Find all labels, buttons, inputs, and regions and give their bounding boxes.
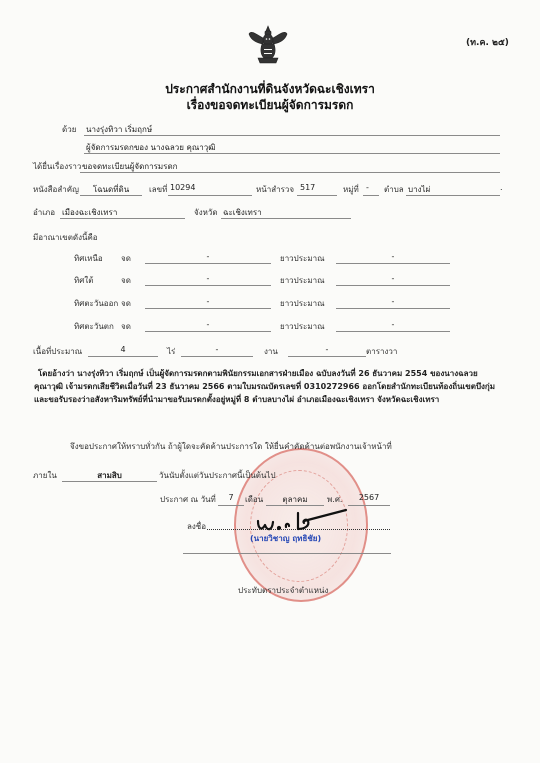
applicant-name-line [84, 135, 500, 136]
request-label: ได้ยื่นเรื่องราว [33, 160, 81, 173]
statement-line-2: คุณาวุฒิ เจ้ามรดกเสียชีวิตเมื่อวันที่ 23… [34, 380, 504, 393]
deed-province-line [221, 218, 351, 219]
applicant-role-line [84, 153, 500, 154]
statement-paragraph: โดยอ้างว่า นางรุ่งทิวา เริ่มฤกษ์ เป็นผู้… [34, 367, 504, 406]
area-ngan-line [181, 356, 253, 357]
boundary-adjacent-value: - [145, 297, 271, 306]
statement-line-3: และขอรับรองว่าอสังหาริมทรัพย์ที่นำมาขอรั… [34, 393, 504, 406]
boundary-direction: ทิศตะวันตก [74, 320, 114, 333]
deed-page-label: หน้าสำรวจ [256, 183, 294, 196]
announce-day: 7 [218, 493, 244, 502]
boundary-direction: ทิศเหนือ [74, 252, 103, 265]
applicant-label: ด้วย [62, 123, 76, 136]
notice-days-line [62, 481, 157, 482]
deed-subdistrict-label: ตำบล [384, 183, 404, 196]
announce-year-label: พ.ศ. [327, 493, 342, 506]
notice-text: จึงขอประกาศให้ทราบทั่วกัน ถ้าผู้ใดจะคัดค… [70, 440, 392, 453]
deed-number-label: เลขที่ [149, 183, 167, 196]
boundary-length-value: - [336, 274, 450, 283]
page-subtitle: เรื่องขอจดทะเบียนผู้จัดการมรดก [0, 96, 540, 115]
boundary-direction: ทิศใต้ [74, 274, 93, 287]
boundary-length-label: ยาวประมาณ [280, 297, 325, 310]
boundary-length-value: - [336, 297, 450, 306]
deed-district-line [60, 218, 185, 219]
announce-year: 2567 [348, 493, 390, 502]
area-rai-line [88, 356, 158, 357]
boundary-direction: ทิศตะวันออก [74, 297, 118, 310]
garuda-emblem-icon [246, 22, 290, 66]
signer-name: (นายวิชาญ ฤทธิชัย) [250, 532, 321, 545]
boundary-length-line [336, 285, 450, 286]
notice-days-suffix: วันนับตั้งแต่วันประกาศนี้เป็นต้นไป [159, 469, 276, 482]
deed-district-label: อำเภอ [33, 206, 55, 219]
area-wa-label: ตารางวา [366, 345, 397, 358]
deed-number-line [168, 195, 252, 196]
boundary-length-label: ยาวประมาณ [280, 274, 325, 287]
deed-village-line [363, 195, 379, 196]
deed-village-value: - [366, 183, 369, 192]
announce-day-line [218, 505, 244, 506]
deed-page-line [297, 195, 337, 196]
boundary-adjacent-line [145, 263, 271, 264]
boundary-adjacent-value: - [145, 252, 271, 261]
area-wa-line [288, 356, 366, 357]
deed-subdistrict-line [406, 195, 500, 196]
area-ngan-value: - [181, 345, 253, 354]
area-rai-label: ไร่ [167, 345, 175, 358]
boundary-length-line [336, 308, 450, 309]
seal-caption: ประทับตราประจำตำแหน่ง [238, 584, 328, 597]
period-mark: . [500, 183, 503, 192]
area-label: เนื้อที่ประมาณ [33, 345, 82, 358]
boundary-adjacent-label: จด [121, 274, 131, 287]
form-code: (ท.ค. ๒๕) [466, 35, 509, 49]
boundary-adjacent-label: จด [121, 320, 131, 333]
boundary-adjacent-value: - [145, 320, 271, 329]
notice-within-label: ภายใน [33, 469, 57, 482]
boundary-length-label: ยาวประมาณ [280, 320, 325, 333]
statement-line-1: โดยอ้างว่า นางรุ่งทิวา เริ่มฤกษ์ เป็นผู้… [34, 367, 504, 380]
deed-doc-label: หนังสือสำคัญ [33, 183, 79, 196]
boundary-length-value: - [336, 252, 450, 261]
boundary-length-line [336, 263, 450, 264]
boundary-adjacent-line [145, 331, 271, 332]
deed-number-value: 10294 [170, 183, 195, 192]
announce-year-line [348, 505, 390, 506]
deed-province-label: จังหวัด [194, 206, 218, 219]
boundary-adjacent-line [145, 285, 271, 286]
boundary-adjacent-label: จด [121, 252, 131, 265]
boundary-adjacent-label: จด [121, 297, 131, 310]
signer-title-line [183, 553, 391, 554]
deed-village-label: หมู่ที่ [343, 183, 359, 196]
announce-date-label: ประกาศ ณ วันที่ [160, 493, 216, 506]
signature-label: ลงชื่อ [187, 520, 206, 533]
request-line [80, 172, 500, 173]
announce-month-label: เดือน [245, 493, 263, 506]
deed-page-value: 517 [300, 183, 315, 192]
announce-month-line [266, 505, 324, 506]
boundary-adjacent-line [145, 308, 271, 309]
boundary-length-value: - [336, 320, 450, 329]
area-ngan-label: งาน [264, 345, 278, 358]
area-wa-value: - [288, 345, 366, 354]
boundaries-heading: มีอาณาเขตดังนี้คือ [33, 231, 98, 244]
deed-doc-line [80, 195, 142, 196]
area-rai-value: 4 [88, 345, 158, 354]
boundary-length-line [336, 331, 450, 332]
boundary-adjacent-value: - [145, 274, 271, 283]
boundary-length-label: ยาวประมาณ [280, 252, 325, 265]
